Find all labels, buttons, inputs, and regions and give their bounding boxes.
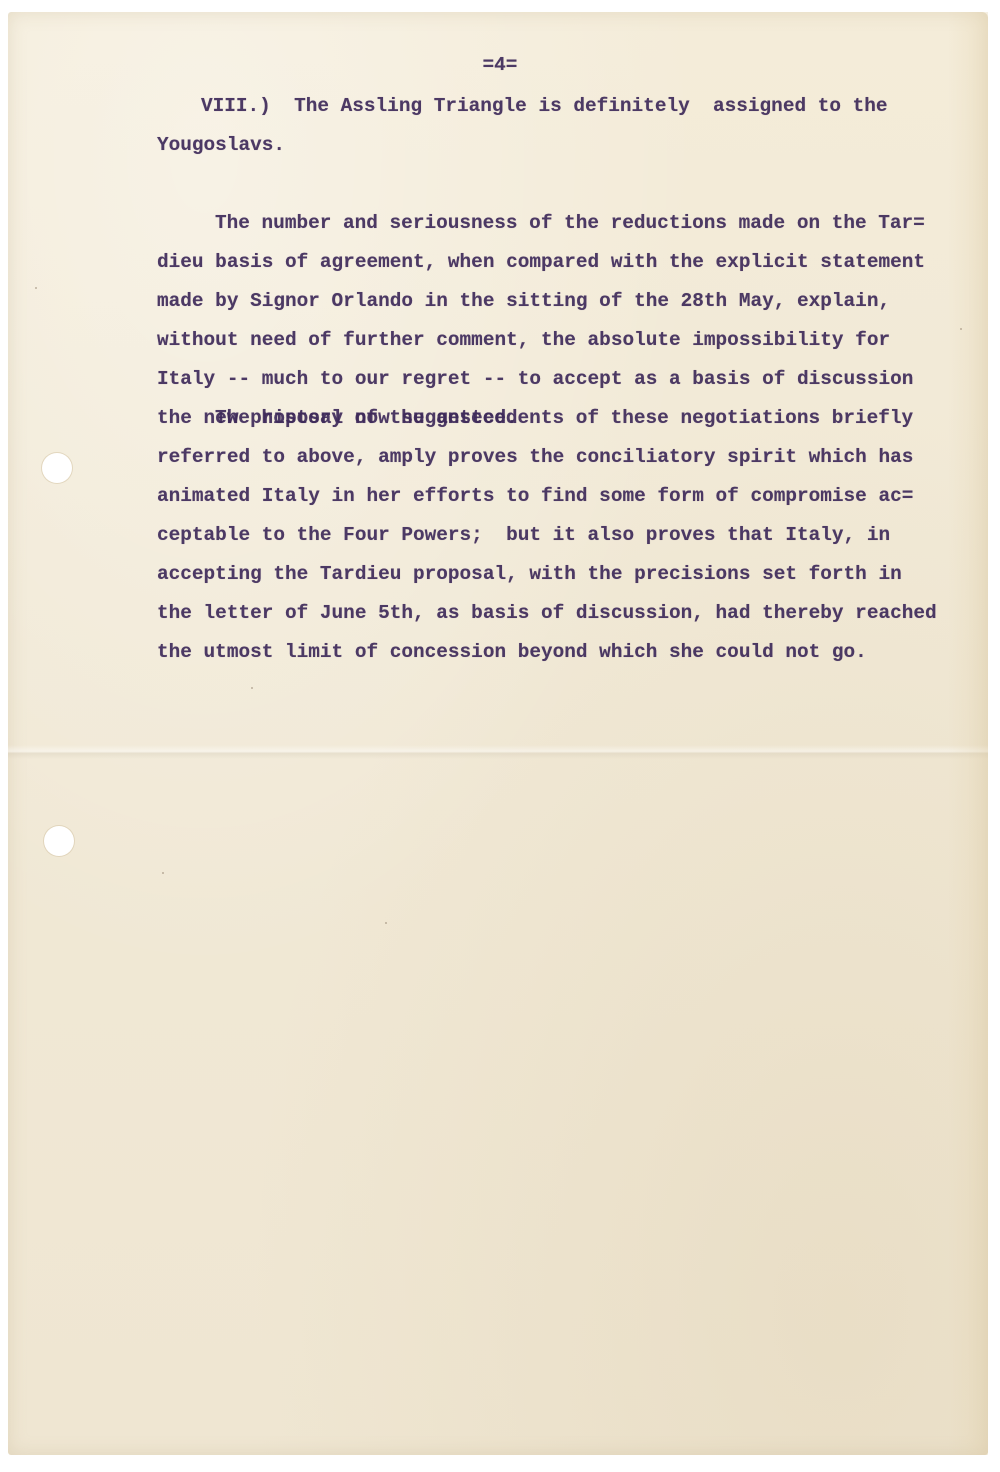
paper-speck xyxy=(162,872,164,874)
text-line: made by Signor Orlando in the sitting of… xyxy=(157,292,890,311)
punch-hole-bottom xyxy=(44,826,74,856)
paper-speck xyxy=(960,328,962,330)
text-line: referred to above, amply proves the conc… xyxy=(157,448,913,467)
paper-speck xyxy=(251,687,253,689)
text-line: dieu basis of agreement, when compared w… xyxy=(157,253,925,272)
paper-fold-crease xyxy=(8,745,988,759)
text-line: without need of further comment, the abs… xyxy=(157,331,890,350)
paper-speck xyxy=(385,922,387,924)
page-number: =4= xyxy=(0,56,1000,75)
text-line: The history of the antecedents of these … xyxy=(215,409,913,428)
paper-edge-shading xyxy=(948,12,988,1455)
text-line: animated Italy in her efforts to find so… xyxy=(157,487,913,506)
text-line: the letter of June 5th, as basis of disc… xyxy=(157,604,937,623)
text-line: VIII.) The Assling Triangle is definitel… xyxy=(201,97,888,116)
text-line: Italy -- much to our regret -- to accept… xyxy=(157,370,913,389)
text-line: The number and seriousness of the reduct… xyxy=(215,214,925,233)
text-line: the utmost limit of concession beyond wh… xyxy=(157,643,867,662)
punch-hole-top xyxy=(42,453,72,483)
text-line: accepting the Tardieu proposal, with the… xyxy=(157,565,902,584)
text-line: Yougoslavs. xyxy=(157,136,285,155)
paper-speck xyxy=(35,287,37,289)
text-line: ceptable to the Four Powers; but it also… xyxy=(157,526,890,545)
